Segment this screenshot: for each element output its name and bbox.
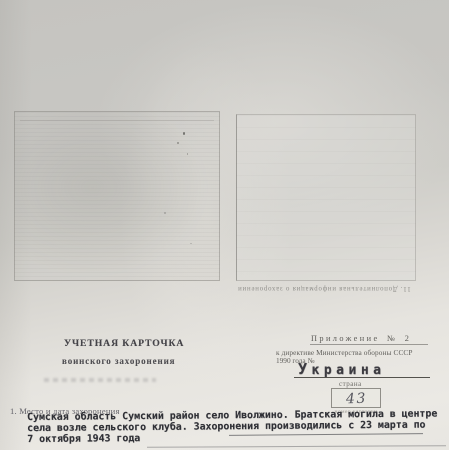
photo-frame-right [236,114,416,281]
ink-speck [190,243,192,244]
field1-value: Сумская область Сумский район село Иволж… [27,409,438,445]
appendix-underline [310,344,428,345]
card-number-value: 43 [345,391,366,408]
card-number-box: 43 [331,388,381,408]
bleedthrough-artifact [44,378,156,382]
ink-speck [164,212,166,214]
country-value: Украина [298,360,386,378]
country-label: страна [339,380,362,388]
card-subtitle: воинского захоронения [62,356,175,366]
ink-speck [183,132,185,135]
ink-speck [177,142,179,144]
reverse-side-caption: 11. Дополнительная информация о захороне… [228,285,420,292]
burial-registration-card-scan: 11. Дополнительная информация о захороне… [0,0,449,450]
ink-speck [187,153,188,155]
photo-frame-left [14,111,220,281]
ruled-line-under-line3 [147,445,446,448]
country-underline [294,377,430,378]
card-title: УЧЕТНАЯ КАРТОЧКА [64,338,184,349]
appendix-reference-line1: Приложение № 2 [311,334,411,343]
